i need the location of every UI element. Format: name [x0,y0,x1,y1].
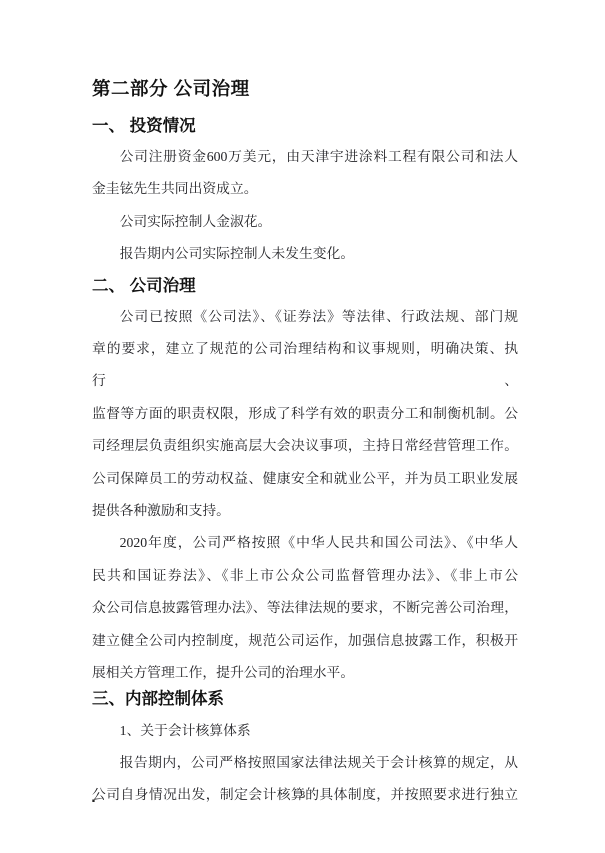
sub-heading: 1、关于会计核算体系 [92,715,518,747]
text-line: 2020年度，公司严格按照《中华人民共和国公司法》、《中华人 [92,527,518,559]
text-line: 监督等方面的职责权限，形成了科学有效的职责分工和制衡机制。公 [92,398,518,430]
text-line: 提供各种激励和支持。 [92,495,518,527]
text-line: 民共和国证券法》、《非上市公众公司监督管理办法》、《非上市公 [92,560,518,592]
document-body: 一、 投资情况公司注册资金600万美元，由天津宇进涂料工程有限公司和法人金圭铉先… [92,114,518,812]
page-number: 3 [0,789,605,801]
document-content: 第二部分 公司治理 一、 投资情况公司注册资金600万美元，由天津宇进涂料工程有… [92,0,518,812]
text-line: 公司实际控制人金淑花。 [92,206,518,238]
chapter-title: 第二部分 公司治理 [92,76,518,102]
text-line: 建立健全公司内控制度，规范公司运作，加强信息披露工作，积极开 [92,625,518,657]
text-line: 报告期内公司实际控制人未发生变化。 [92,238,518,270]
text-line: 公司保障员工的劳动权益、健康安全和就业公平，并为员工职业发展 [92,463,518,495]
section-heading: 三、内部控制体系 [92,687,518,711]
text-line: 司经理层负责组织实施高层大会决议事项，主持日常经营管理工作。 [92,430,518,462]
text-line: 众公司信息披露管理办法》、等法律法规的要求，不断完善公司治理， [92,592,518,624]
section-heading: 一、 投资情况 [92,114,518,138]
text-line: 公司注册资金600万美元，由天津宇进涂料工程有限公司和法人 [92,141,518,173]
text-line: 章的要求，建立了规范的公司治理结构和议事规则，明确决策、执行、 [92,333,518,398]
text-line: 金圭铉先生共同出资成立。 [92,173,518,205]
text-line: 展相关方管理工作，提升公司的治理水平。 [92,657,518,689]
document-page: 第二部分 公司治理 一、 投资情况公司注册资金600万美元，由天津宇进涂料工程有… [0,0,605,853]
text-line: 公司已按照《公司法》、《证券法》等法律、行政法规、部门规 [92,301,518,333]
text-line: 报告期内，公司严格按照国家法律法规关于会计核算的规定，从 [92,747,518,779]
section-heading: 二、 公司治理 [92,274,518,298]
